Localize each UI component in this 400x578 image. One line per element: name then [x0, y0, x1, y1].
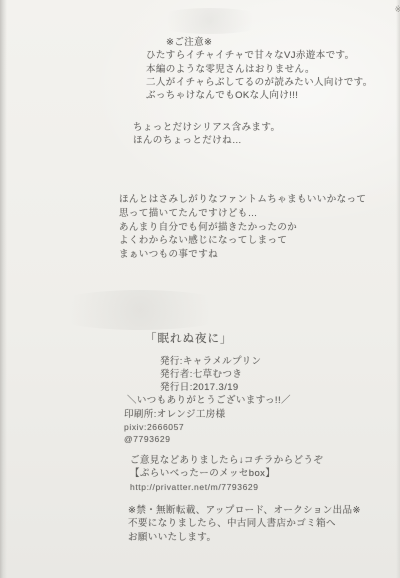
aside-line: ちょっとだけシリアス含みます。: [133, 121, 280, 134]
notice-line: ひたすらイチャイチャで甘々なVJ赤遊本です。: [146, 49, 373, 62]
scan-smudge: [40, 290, 240, 330]
publish-date-line: 発行日:2017.3/19: [160, 381, 261, 394]
pixiv-id: pixiv:2666057: [124, 421, 291, 433]
legal-line: 不要になりましたら、中古同人書店かゴミ箱へ: [128, 517, 361, 530]
corner-reference-mark: ※: [394, 4, 400, 15]
privatter-url: http://privatter.net/m/7793629: [130, 481, 323, 493]
notice-line: 二人がイチャらぶしてるのが読みたい人向けです。: [146, 76, 373, 89]
aside-line: ほんのちょっとだけね…: [133, 134, 280, 147]
musings-block: ほんとはさみしがりなファントムちゃまもいいかなって 思って描いてたんですけども……: [119, 193, 366, 262]
publisher-line: 発行:キャラメルプリン: [160, 355, 261, 368]
scan-binding-shadow: [0, 0, 7, 578]
aside-block: ちょっとだけシリアス含みます。 ほんのちょっとだけね…: [133, 121, 280, 148]
musings-line: あんまり自分でも何が描きたかったのか: [119, 221, 366, 235]
legal-block: ※禁・無断転載、アップロード、オークション出品※ 不要になりましたら、中古同人書…: [128, 504, 361, 544]
credits-block: ＼いつもありがとうございますっ!!／ 印刷所:オレンジ工房様 pixiv:266…: [124, 394, 291, 445]
contact-line: 【ぷらいべったーのメッセbox】: [130, 467, 323, 480]
notice-line: 本編のような零児さんはおりません。: [146, 63, 373, 76]
scan-right-edge-shadow: [396, 0, 400, 578]
musings-line: ほんとはさみしがりなファントムちゃまもいいかなって: [119, 193, 366, 207]
scan-smudge: [150, 8, 270, 34]
contact-block: ご意見などありましたら↓コチラからどうぞ 【ぷらいべったーのメッセbox】 ht…: [130, 454, 323, 493]
legal-line: ※禁・無断転載、アップロード、オークション出品※: [128, 504, 361, 517]
scanned-doujinshi-afterword-page: ※ ※ご注意※ ひたすらイチャイチャで甘々なVJ赤遊本です。 本編のような零児さ…: [0, 0, 400, 578]
notice-line: ぶっちゃけなんでもOKな人向け!!!: [146, 89, 373, 102]
notice-header: ※ご注意※: [166, 36, 373, 49]
musings-line: まぁいつもの事ですね: [119, 248, 366, 262]
author-line: 発行者:七草むつき: [160, 368, 261, 381]
thanks-banner: ＼いつもありがとうございますっ!!／: [127, 394, 291, 407]
legal-line: お願いいたします。: [128, 531, 361, 544]
book-title: 「眠れぬ夜に」: [145, 330, 261, 346]
twitter-handle: @7793629: [124, 433, 291, 445]
notice-block: ※ご注意※ ひたすらイチャイチャで甘々なVJ赤遊本です。 本編のような零児さんは…: [146, 36, 373, 102]
musings-line: よくわからない感じになってしまって: [119, 234, 366, 248]
printer-line: 印刷所:オレンジ工房様: [124, 408, 291, 421]
musings-line: 思って描いてたんですけども…: [119, 207, 366, 221]
contact-line: ご意見などありましたら↓コチラからどうぞ: [130, 454, 323, 467]
colophon-block: 「眠れぬ夜に」 発行:キャラメルプリン 発行者:七草むつき 発行日:2017.3…: [145, 330, 261, 394]
